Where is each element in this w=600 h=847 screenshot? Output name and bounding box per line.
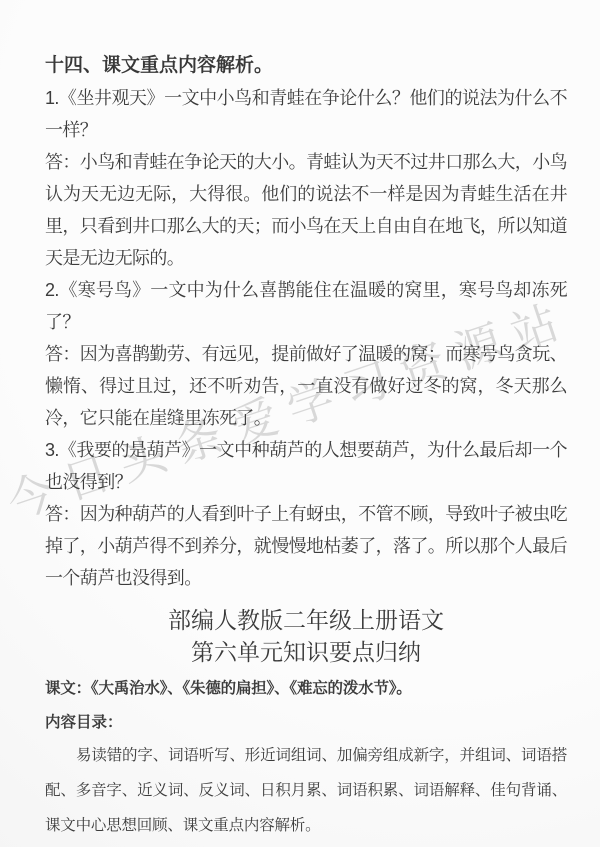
answer-2: 答：因为喜鹊勤劳、有远见，提前做好了温暖的窝；而寒号鸟贪玩、懒惰、得过且过，还不…: [45, 338, 567, 434]
question-2: 2.《寒号鸟》一文中为什么喜鹊能住在温暖的窝里，寒号鸟却冻死了？: [45, 274, 567, 338]
answer-1: 答：小鸟和青蛙在争论天的大小。青蛙认为天不过井口那么大，小鸟认为天无边无际，大得…: [45, 146, 567, 274]
unit-title-block: 部编人教版二年级上册语文 第六单元知识要点归纳: [45, 604, 567, 668]
answer-3: 答：因为种葫芦的人看到叶子上有蚜虫，不管不顾，导致叶子被虫吃掉了，小葫芦得不到养…: [45, 498, 567, 594]
unit-title-line1: 部编人教版二年级上册语文: [45, 604, 567, 636]
lessons-line: 课文：《大禹治水》、《朱德的扁担》、《难忘的泼水节》。: [45, 678, 567, 699]
question-1: 1.《坐井观天》一文中小鸟和青蛙在争论什么？他们的说法为什么不一样？: [45, 82, 567, 146]
section-heading: 十四、课文重点内容解析。: [45, 50, 567, 82]
document-content: 十四、课文重点内容解析。 1.《坐井观天》一文中小鸟和青蛙在争论什么？他们的说法…: [0, 0, 600, 843]
question-3: 3.《我要的是葫芦》一文中种葫芦的人想要葫芦，为什么最后却一个也没得到？: [45, 434, 567, 498]
document-page: 今日头条爱学习资源站 十四、课文重点内容解析。 1.《坐井观天》一文中小鸟和青蛙…: [0, 0, 600, 847]
unit-title-line2: 第六单元知识要点归纳: [45, 636, 567, 668]
contents-text: 易读错的字、词语听写、形近词组词、加偏旁组成新字，并组词、词语搭配、多音字、近义…: [45, 738, 567, 843]
contents-label: 内容目录：: [45, 712, 567, 733]
